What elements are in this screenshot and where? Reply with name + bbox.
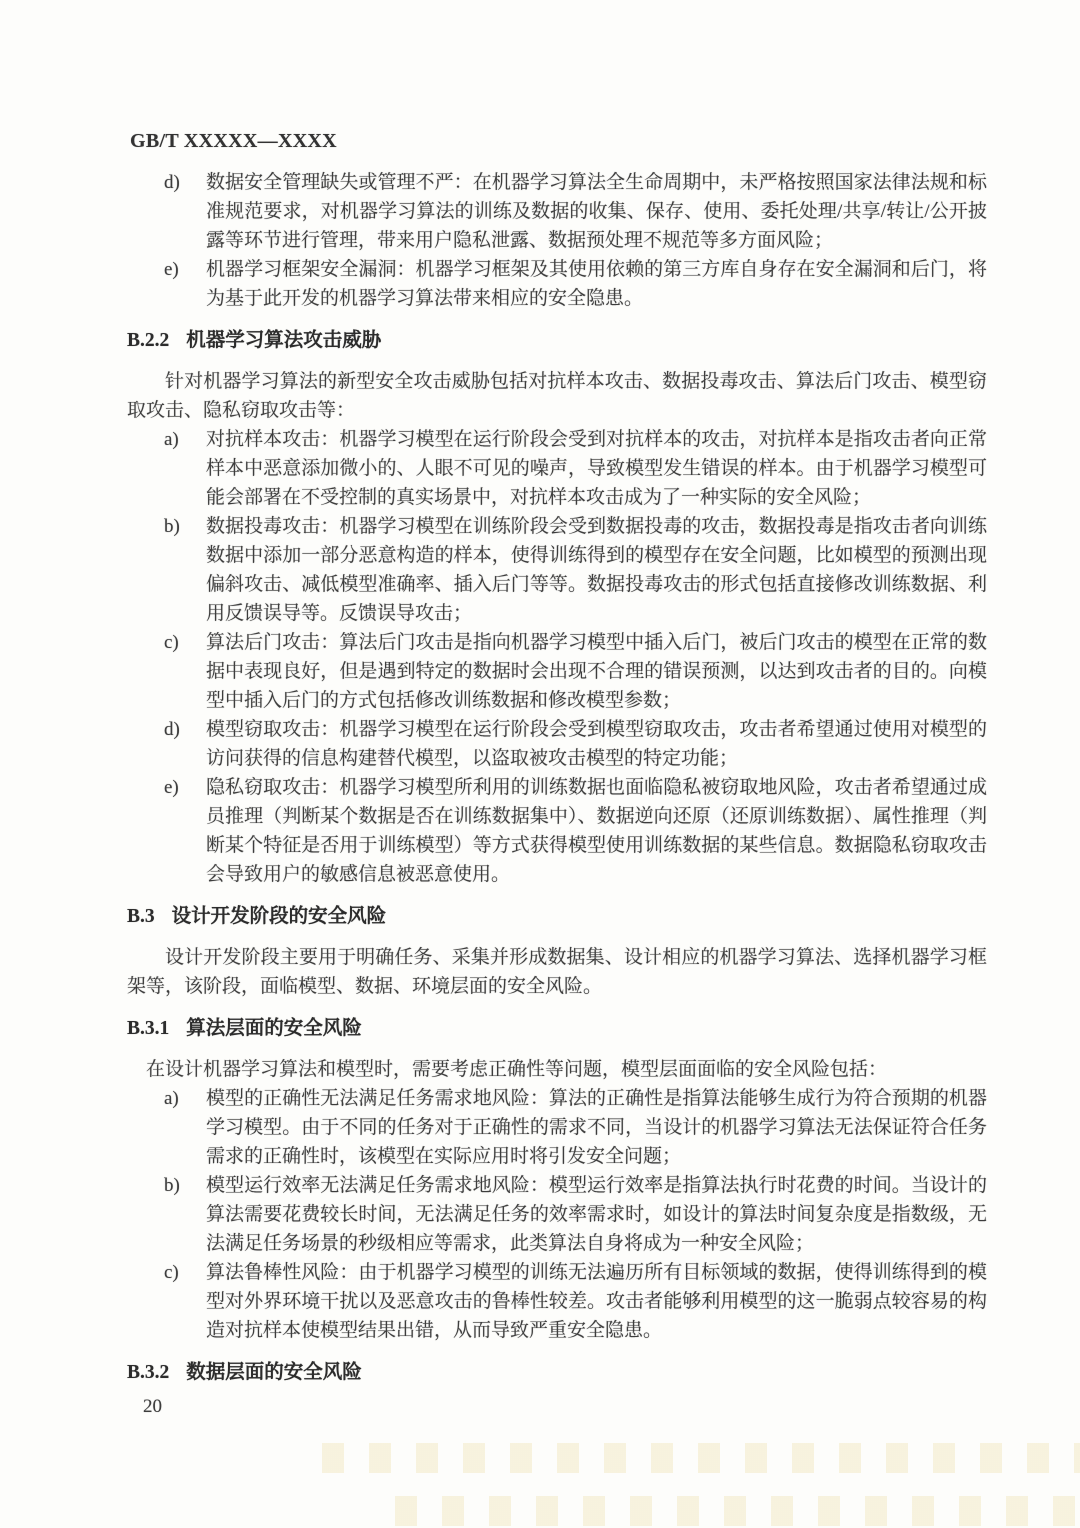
section-heading: B.3.1算法层面的安全风险	[127, 1014, 987, 1043]
list-item: c)算法鲁棒性风险：由于机器学习模型的训练无法遍历所有目标领域的数据，使得训练得…	[127, 1258, 987, 1345]
list-item-label: e)	[164, 773, 206, 889]
list-item: c)算法后门攻击：算法后门攻击是指向机器学习模型中插入后门，被后门攻击的模型在正…	[127, 628, 987, 715]
section-number: B.3.1	[127, 1014, 169, 1043]
list-item: a)模型的正确性无法满足任务需求地风险：算法的正确性是指算法能够生成行为符合预期…	[127, 1084, 987, 1171]
list-item-label: a)	[164, 1084, 206, 1171]
list-item-text: 模型运行效率无法满足任务需求地风险：模型运行效率是指算法执行时花费的时间。当设计…	[206, 1171, 987, 1258]
list-item-text: 隐私窃取攻击：机器学习模型所利用的训练数据也面临隐私被窃取地风险，攻击者希望通过…	[206, 773, 987, 889]
list-item-text: 算法后门攻击：算法后门攻击是指向机器学习模型中插入后门，被后门攻击的模型在正常的…	[206, 628, 987, 715]
document-page: GB/T XXXXX—XXXX d)数据安全管理缺失或管理不严：在机器学习算法全…	[0, 0, 1080, 1528]
section-heading: B.3.2数据层面的安全风险	[127, 1358, 987, 1387]
list-item: e)隐私窃取攻击：机器学习模型所利用的训练数据也面临隐私被窃取地风险，攻击者希望…	[127, 773, 987, 889]
page-number: 20	[143, 1396, 162, 1418]
list-item-text: 模型的正确性无法满足任务需求地风险：算法的正确性是指算法能够生成行为符合预期的机…	[206, 1084, 987, 1171]
section-number: B.3.2	[127, 1358, 169, 1387]
list-item: b)数据投毒攻击：机器学习模型在训练阶段会受到数据投毒的攻击，数据投毒是指攻击者…	[127, 512, 987, 628]
list-item-text: 数据安全管理缺失或管理不严：在机器学习算法全生命周期中，未严格按照国家法律法规和…	[206, 168, 987, 255]
document-content: d)数据安全管理缺失或管理不严：在机器学习算法全生命周期中，未严格按照国家法律法…	[127, 168, 987, 1399]
section-heading: B.2.2机器学习算法攻击威胁	[127, 326, 987, 355]
list-item-label: e)	[164, 255, 206, 313]
list-item: d)模型窃取攻击：机器学习模型在运行阶段会受到模型窃取攻击，攻击者希望通过使用对…	[127, 715, 987, 773]
list-item-label: a)	[164, 425, 206, 512]
paragraph: 设计开发阶段主要用于明确任务、采集并形成数据集、设计相应的机器学习算法、选择机器…	[127, 943, 987, 1001]
list-item-label: c)	[164, 628, 206, 715]
list-item: b)模型运行效率无法满足任务需求地风险：模型运行效率是指算法执行时花费的时间。当…	[127, 1171, 987, 1258]
section-number: B.3	[127, 902, 155, 931]
list-item-label: d)	[164, 715, 206, 773]
list-item-text: 算法鲁棒性风险：由于机器学习模型的训练无法遍历所有目标领域的数据，使得训练得到的…	[206, 1258, 987, 1345]
list-item: e)机器学习框架安全漏洞：机器学习框架及其使用依赖的第三方库自身存在安全漏洞和后…	[127, 255, 987, 313]
list-item-label: b)	[164, 1171, 206, 1258]
paragraph: 在设计机器学习算法和模型时，需要考虑正确性等问题，模型层面面临的安全风险包括：	[127, 1055, 987, 1084]
section-title: 算法层面的安全风险	[186, 1014, 362, 1043]
list-item-text: 机器学习框架安全漏洞：机器学习框架及其使用依赖的第三方库自身存在安全漏洞和后门，…	[206, 255, 987, 313]
list-item: a)对抗样本攻击：机器学习模型在运行阶段会受到对抗样本的攻击，对抗样本是指攻击者…	[127, 425, 987, 512]
list-item-label: d)	[164, 168, 206, 255]
section-title: 数据层面的安全风险	[186, 1358, 362, 1387]
section-heading: B.3设计开发阶段的安全风险	[127, 902, 987, 931]
list-item-text: 数据投毒攻击：机器学习模型在训练阶段会受到数据投毒的攻击，数据投毒是指攻击者向训…	[206, 512, 987, 628]
section-title: 机器学习算法攻击威胁	[186, 326, 381, 355]
list-item: d)数据安全管理缺失或管理不严：在机器学习算法全生命周期中，未严格按照国家法律法…	[127, 168, 987, 255]
paragraph: 针对机器学习算法的新型安全攻击威胁包括对抗样本攻击、数据投毒攻击、算法后门攻击、…	[127, 367, 987, 425]
standard-number-header: GB/T XXXXX—XXXX	[130, 130, 337, 153]
section-number: B.2.2	[127, 326, 169, 355]
section-title: 设计开发阶段的安全风险	[172, 902, 387, 931]
watermark-row	[395, 1496, 1080, 1526]
watermark-row	[322, 1443, 1080, 1473]
list-item-label: b)	[164, 512, 206, 628]
list-item-text: 模型窃取攻击：机器学习模型在运行阶段会受到模型窃取攻击，攻击者希望通过使用对模型…	[206, 715, 987, 773]
list-item-label: c)	[164, 1258, 206, 1345]
list-item-text: 对抗样本攻击：机器学习模型在运行阶段会受到对抗样本的攻击，对抗样本是指攻击者向正…	[206, 425, 987, 512]
